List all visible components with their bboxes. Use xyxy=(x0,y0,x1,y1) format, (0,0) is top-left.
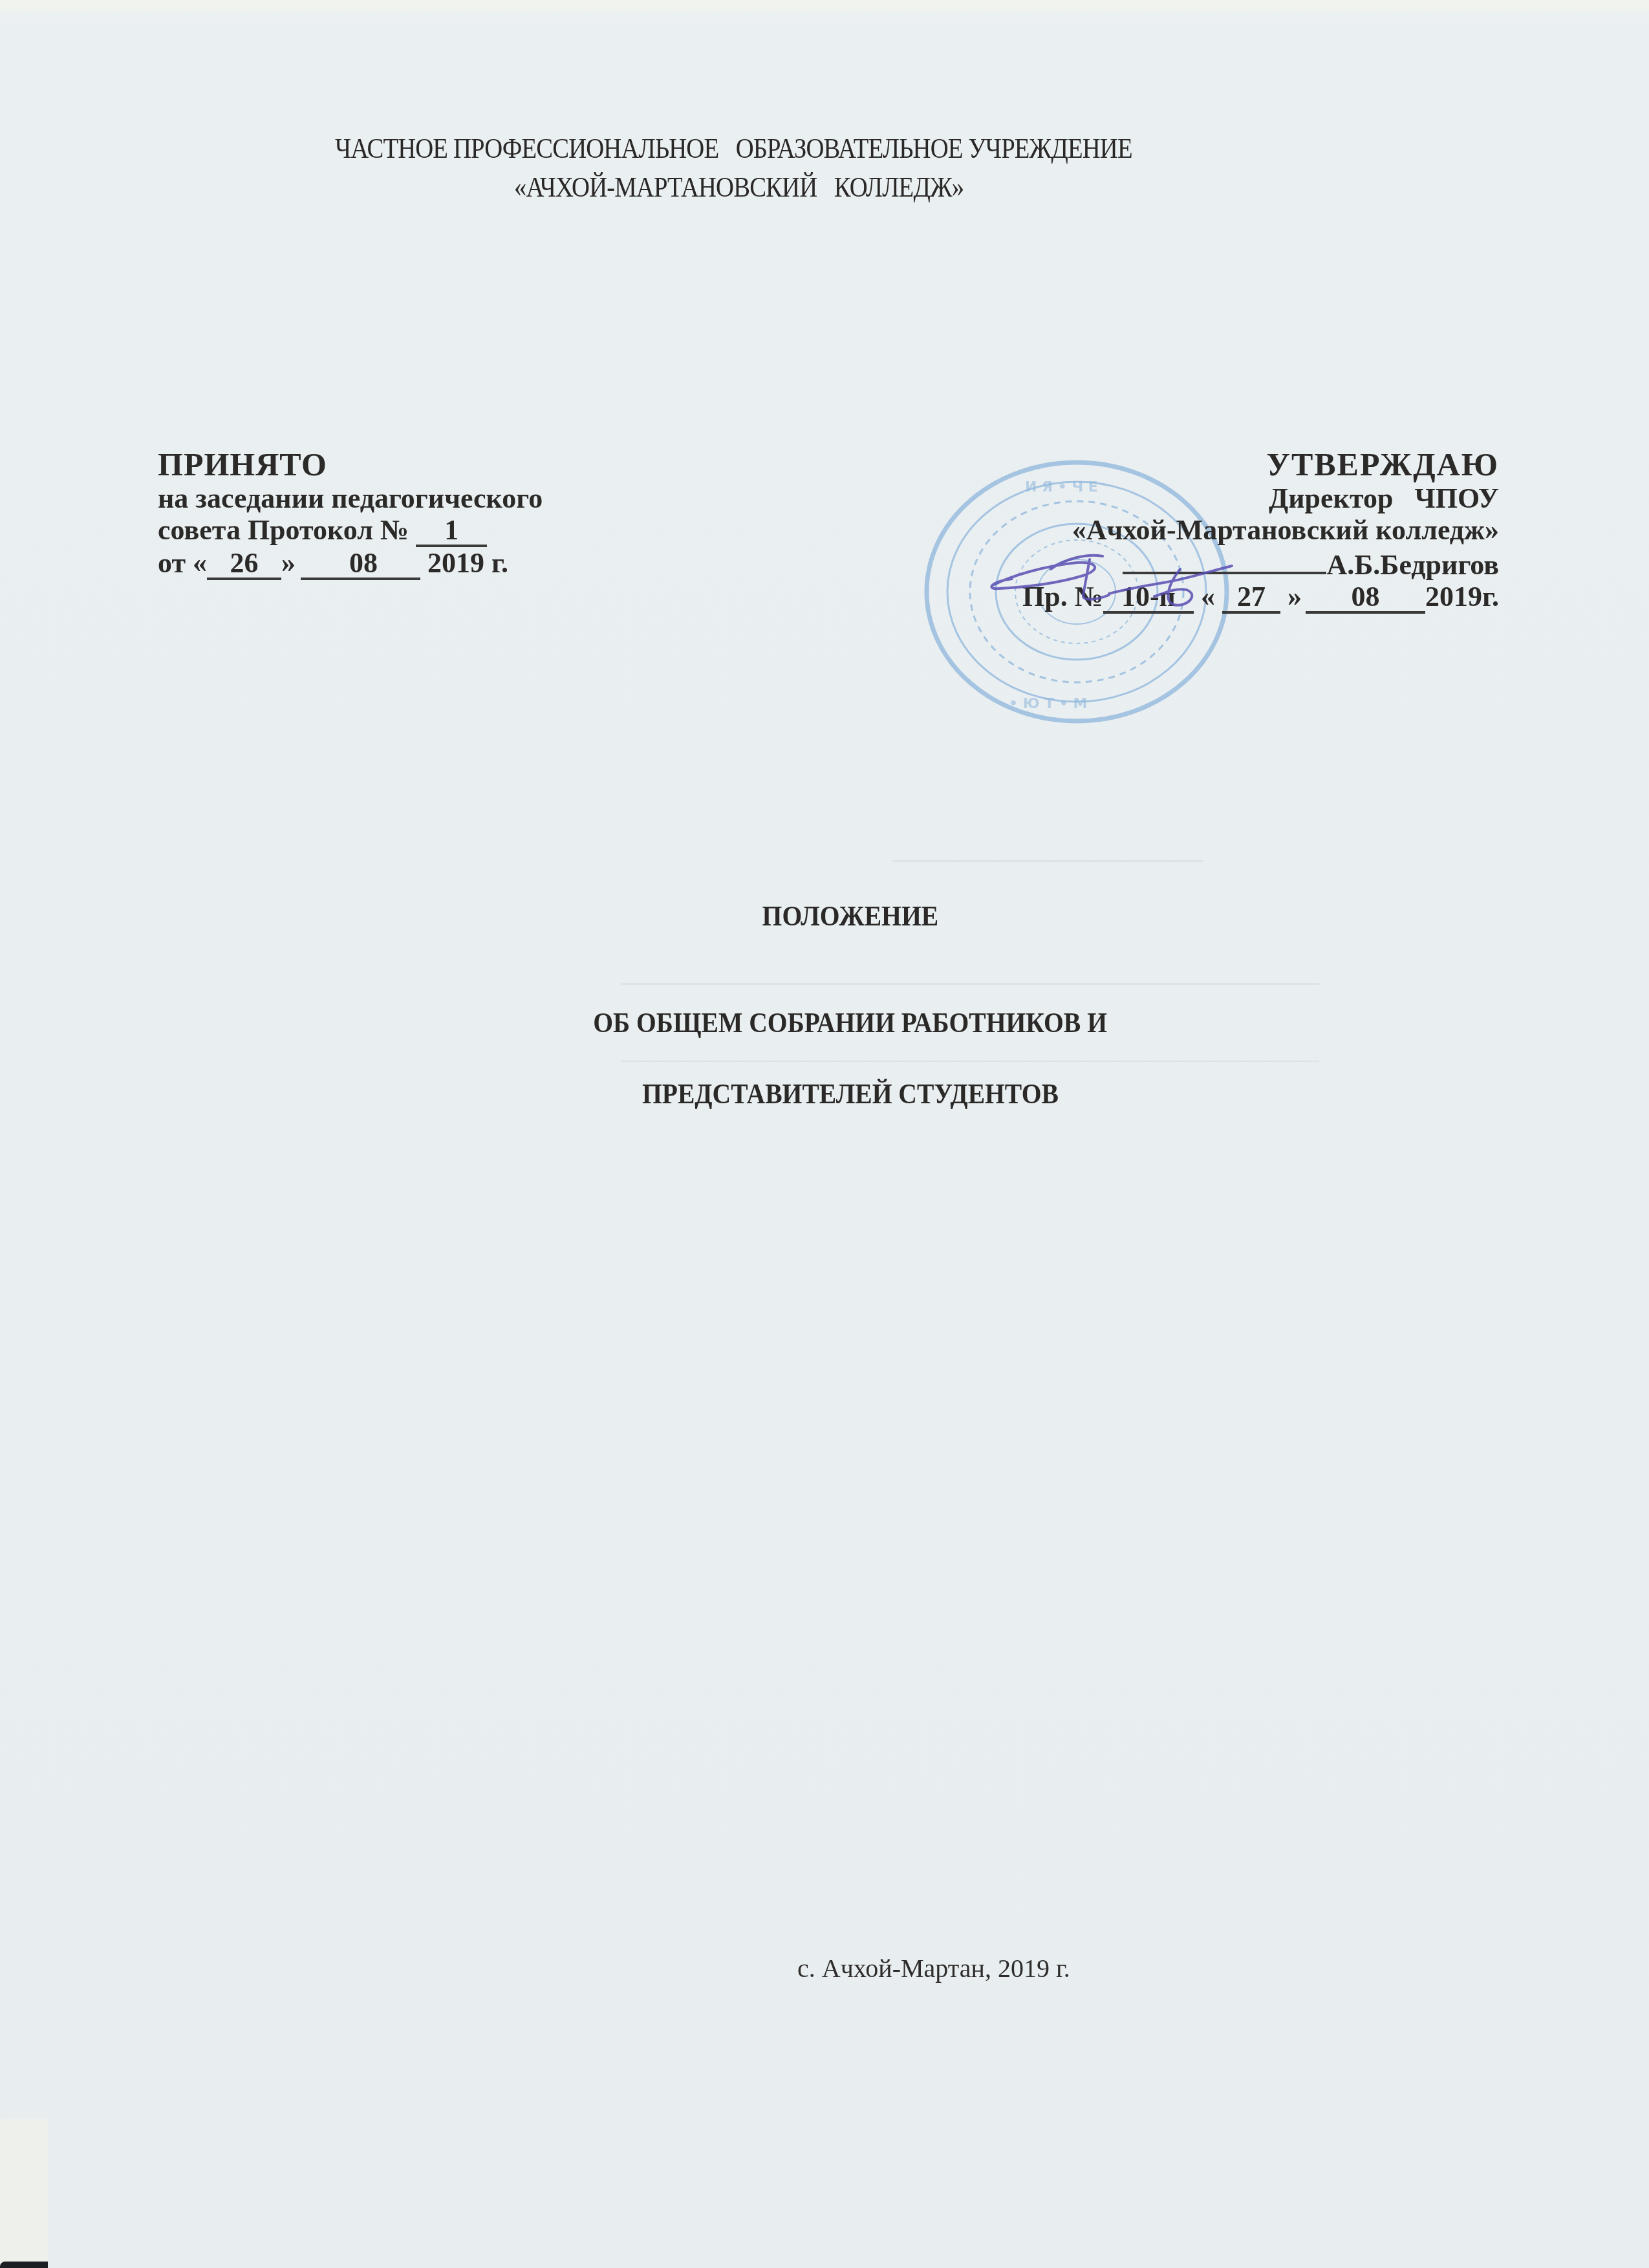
date-mid: » xyxy=(281,547,296,579)
order-number: 10-п xyxy=(1103,583,1194,614)
protocol-label: совета Протокол № xyxy=(158,514,416,546)
accepted-month: 08 xyxy=(301,549,420,580)
title-line-1: ПОЛОЖЕНИЕ xyxy=(762,899,939,933)
signature-line: А.Б.Бедригов xyxy=(1022,546,1499,581)
document-subtitle-1: ОБ ОБЩЕМ СОБРАНИИ РАБОТНИКОВ И xyxy=(26,1006,1649,1039)
signature-field xyxy=(1123,546,1326,574)
institution-name: «АЧХОЙ-МАРТАНОВСКИЙ КОЛЛЕДЖ» xyxy=(514,168,964,206)
scan-corner-patch xyxy=(0,2119,48,2268)
accepted-day: 26 xyxy=(207,549,281,580)
order-date-open: « xyxy=(1194,581,1222,612)
accepted-line-2: совета Протокол № 1 xyxy=(158,514,543,547)
document-title: ПОЛОЖЕНИЕ xyxy=(26,899,1649,933)
order-year: 2019г. xyxy=(1425,581,1499,612)
accepted-year: 2019 г. xyxy=(420,547,508,579)
approve-block: УТВЕРЖДАЮ Директор ЧПОУ «Ачхой-Мартановс… xyxy=(1022,446,1499,614)
svg-text:• Ю Т • М: • Ю Т • М xyxy=(1009,696,1087,712)
accepted-date: от «26»08 2019 г. xyxy=(158,547,543,580)
accepted-line-1: на заседании педагогического xyxy=(158,482,543,514)
accepted-block: ПРИНЯТО на заседании педагогического сов… xyxy=(158,446,543,580)
scan-artifact xyxy=(621,1061,1319,1062)
place-and-year: с. Ачхой-Мартан, 2019 г. xyxy=(797,1953,1070,1983)
protocol-number: 1 xyxy=(416,516,487,547)
scan-corner-shadow xyxy=(0,2262,48,2268)
title-line-2: ОБ ОБЩЕМ СОБРАНИИ РАБОТНИКОВ И xyxy=(594,1006,1108,1039)
title-line-3: ПРЕДСТАВИТЕЛЕЙ СТУДЕНТОВ xyxy=(642,1077,1059,1110)
document-subtitle-2: ПРЕДСТАВИТЕЛЕЙ СТУДЕНТОВ xyxy=(26,1077,1649,1110)
order-month: 08 xyxy=(1306,583,1425,614)
order-line: Пр. №10-п « 27 »082019г. xyxy=(1022,581,1499,614)
institution-type: ЧАСТНОЕ ПРОФЕССИОНАЛЬНОЕ ОБРАЗОВАТЕЛЬНОЕ… xyxy=(335,129,1132,167)
approve-heading: УТВЕРЖДАЮ xyxy=(1022,446,1499,482)
order-date-close: » xyxy=(1280,581,1302,612)
accepted-heading: ПРИНЯТО xyxy=(158,446,543,482)
scanned-page: ЧАСТНОЕ ПРОФЕССИОНАЛЬНОЕ ОБРАЗОВАТЕЛЬНОЕ… xyxy=(0,0,1649,2268)
approver-organization: «Ачхой-Мартановский колледж» xyxy=(1022,514,1499,546)
scan-top-edge xyxy=(0,0,1649,10)
signatory-name: А.Б.Бедригов xyxy=(1326,549,1499,581)
date-prefix: от « xyxy=(158,547,207,579)
order-day: 27 xyxy=(1222,583,1280,614)
approver-position: Директор ЧПОУ xyxy=(1022,482,1499,514)
order-prefix: Пр. № xyxy=(1022,581,1103,612)
scan-artifact xyxy=(892,860,1203,862)
scan-artifact xyxy=(621,983,1319,985)
